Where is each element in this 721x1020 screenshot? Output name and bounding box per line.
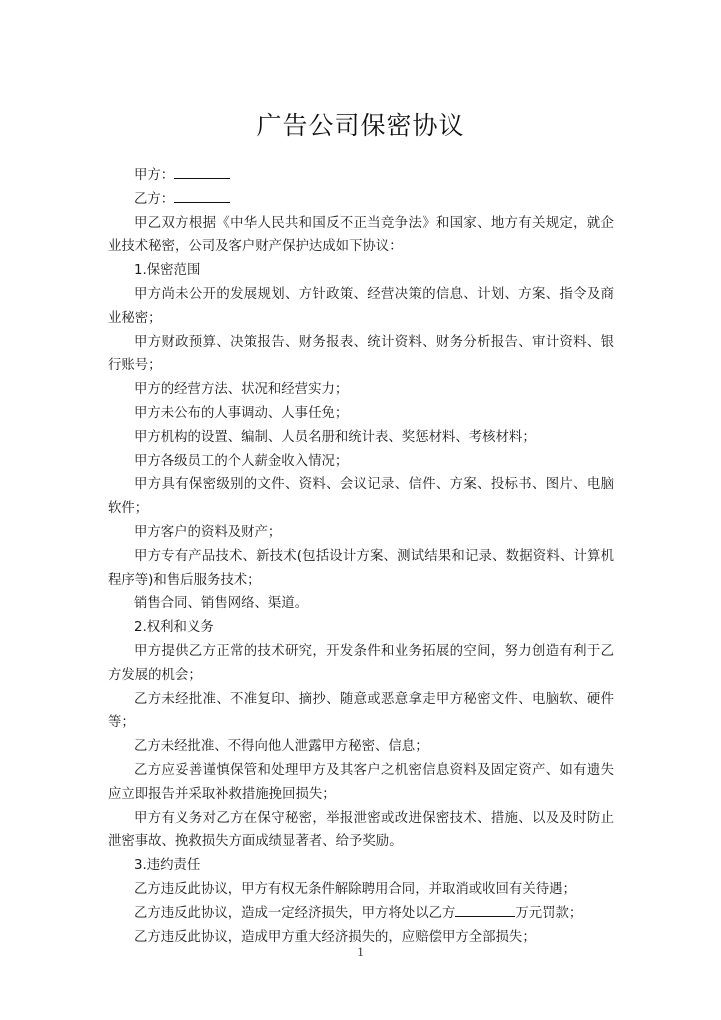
- clause: 甲方的经营方法、状况和经营实力；: [108, 378, 614, 402]
- clause: 乙方应妥善谨慎保管和处理甲方及其客户之机密信息资料及固定资产、如有遗失应立即报告…: [108, 759, 614, 807]
- fine-clause-after: 万元罚款；: [515, 906, 582, 921]
- clause: 乙方违反此协议，甲方有权无条件解除聘用合同，并取消或收回有关待遇；: [108, 878, 614, 902]
- clause: 甲方具有保密级别的文件、资料、会议记录、信件、方案、投标书、图片、电脑软件；: [108, 473, 614, 521]
- party-a-line: 甲方：: [108, 164, 614, 188]
- party-a-blank[interactable]: [174, 164, 230, 179]
- document-page: 广告公司保密协议 甲方： 乙方： 甲乙双方根据《中华人民共和国反不正当竞争法》和…: [0, 0, 721, 1020]
- clause: 甲方客户的资料及财产；: [108, 521, 614, 545]
- clause: 甲方有义务对乙方在保守秘密，举报泄密或改进保密技术、措施、以及及时防止泄密事故、…: [108, 807, 614, 855]
- clause: 甲方各级员工的个人薪金收入情况；: [108, 450, 614, 474]
- document-body: 甲方： 乙方： 甲乙双方根据《中华人民共和国反不正当竞争法》和国家、地方有关规定…: [108, 164, 614, 949]
- party-b-label: 乙方：: [134, 192, 174, 207]
- clause: 甲方机构的设置、编制、人员名册和统计表、奖惩材料、考核材料；: [108, 426, 614, 450]
- section-heading-2: 2.权利和义务: [108, 616, 614, 640]
- party-a-label: 甲方：: [134, 168, 174, 183]
- clause: 销售合同、销售网络、渠道。: [108, 592, 614, 616]
- clause: 乙方未经批准、不得向他人泄露甲方秘密、信息；: [108, 735, 614, 759]
- section-heading-1: 1.保密范围: [108, 259, 614, 283]
- fine-clause-before: 乙方违反此协议，造成一定经济损失，甲方将处以乙方: [134, 906, 455, 921]
- clause: 甲方提供乙方正常的技术研究，开发条件和业务拓展的空间，努力创造有利于乙方发展的机…: [108, 640, 614, 688]
- fine-clause: 乙方违反此协议，造成一定经济损失，甲方将处以乙方万元罚款；: [108, 902, 614, 926]
- clause: 乙方未经批准、不准复印、摘抄、随意或恶意拿走甲方秘密文件、电脑软、硬件等；: [108, 688, 614, 736]
- party-b-line: 乙方：: [108, 188, 614, 212]
- clause: 甲方财政预算、决策报告、财务报表、统计资料、财务分析报告、审计资料、银行账号；: [108, 331, 614, 379]
- clause: 甲方专有产品技术、新技术(包括设计方案、测试结果和记录、数据资料、计算机程序等)…: [108, 545, 614, 593]
- clause: 甲方尚未公开的发展规划、方针政策、经营决策的信息、计划、方案、指令及商业秘密；: [108, 283, 614, 331]
- page-number: 1: [0, 944, 721, 960]
- intro-paragraph: 甲乙双方根据《中华人民共和国反不正当竞争法》和国家、地方有关规定，就企业技术秘密…: [108, 212, 614, 260]
- fine-amount-blank[interactable]: [455, 902, 515, 917]
- clause: 甲方未公布的人事调动、人事任免；: [108, 402, 614, 426]
- section-heading-3: 3.违约责任: [108, 854, 614, 878]
- party-b-blank[interactable]: [174, 188, 230, 203]
- document-title: 广告公司保密协议: [0, 106, 721, 142]
